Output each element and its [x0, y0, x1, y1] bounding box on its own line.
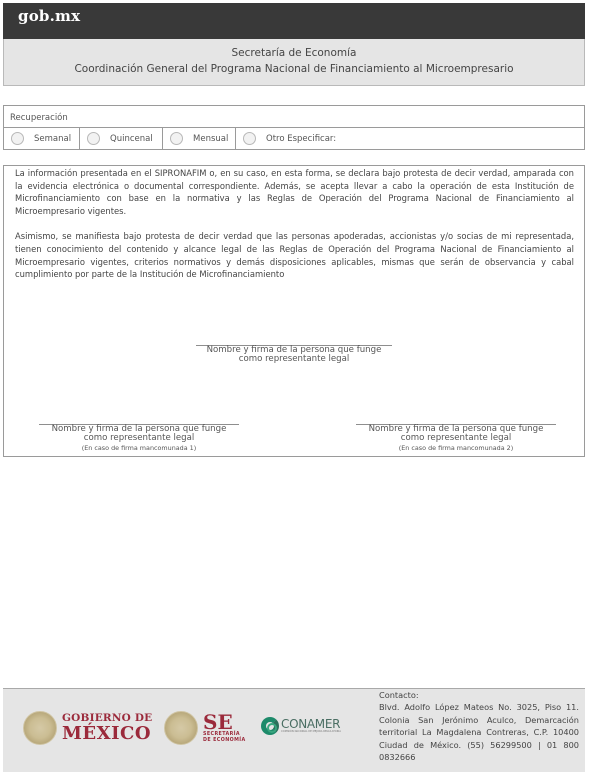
declaration-box: La información presentada en el SIPRONAF…: [3, 165, 585, 457]
recuperacion-title: Recuperación: [4, 106, 584, 128]
conamer-logo: CONAMER COMISIÓN NACIONAL DE MEJORA REGU…: [261, 717, 341, 735]
option-label: Semanal: [34, 134, 71, 144]
radio-otro[interactable]: [243, 132, 256, 145]
declaration-paragraph-1: La información presentada en el SIPRONAF…: [4, 167, 584, 217]
top-bar: gob.mx: [3, 3, 585, 39]
national-seal-icon: [23, 711, 57, 745]
option-label: Otro Especificar:: [266, 134, 336, 144]
national-seal-icon: [164, 711, 198, 745]
option-label: Mensual: [193, 134, 228, 144]
secretaria-economia-logo: SE SECRETARÍA DE ECONOMÍA: [164, 711, 246, 745]
footer: GOBIERNO DE MÉXICO SE SECRETARÍA DE ECON…: [3, 688, 585, 772]
header-secretaria: Secretaría de Economía: [4, 45, 584, 61]
conamer-mark-icon: [261, 717, 279, 735]
signature-mancomunada-1: Nombre y firma de la persona que funge c…: [34, 424, 244, 453]
contact-address: Blvd. Adolfo López Mateos No. 3025, Piso…: [379, 701, 579, 763]
header-coordinacion: Coordinación General del Programa Nacion…: [4, 61, 584, 77]
option-quincenal[interactable]: Quincenal: [80, 128, 163, 149]
se-line3: DE ECONOMÍA: [203, 738, 246, 744]
signature-note: (En caso de firma mancomunada 2): [351, 443, 561, 453]
gob-mx-logo[interactable]: gob.mx: [18, 7, 80, 25]
signature-role: como representante legal: [34, 434, 244, 443]
option-label: Quincenal: [110, 134, 153, 144]
radio-mensual[interactable]: [170, 132, 183, 145]
gobierno-line2: MÉXICO: [62, 724, 152, 744]
declaration-paragraph-2: Asimismo, se manifiesta bajo protesta de…: [4, 230, 584, 280]
option-mensual[interactable]: Mensual: [163, 128, 236, 149]
option-otro[interactable]: Otro Especificar:: [236, 128, 584, 149]
recuperacion-section: Recuperación Semanal Quincenal Mensual O…: [3, 105, 585, 150]
se-acronym: SE: [203, 712, 246, 732]
contact-label: Contacto:: [379, 689, 579, 701]
recuperacion-options: Semanal Quincenal Mensual Otro Especific…: [4, 128, 584, 149]
radio-quincenal[interactable]: [87, 132, 100, 145]
signature-mancomunada-2: Nombre y firma de la persona que funge c…: [351, 424, 561, 453]
option-semanal[interactable]: Semanal: [4, 128, 80, 149]
signature-main: Nombre y firma de la persona que funge c…: [194, 345, 394, 364]
contact-info: Contacto: Blvd. Adolfo López Mateos No. …: [379, 689, 579, 763]
signature-role: como representante legal: [194, 355, 394, 364]
signature-role: como representante legal: [351, 434, 561, 443]
gobierno-de-mexico-logo: GOBIERNO DE MÉXICO: [23, 711, 152, 745]
conamer-subtitle: COMISIÓN NACIONAL DE MEJORA REGULATORIA: [281, 730, 341, 734]
conamer-name: CONAMER: [281, 718, 341, 730]
page-header: Secretaría de Economía Coordinación Gene…: [3, 39, 585, 86]
radio-semanal[interactable]: [11, 132, 24, 145]
signature-note: (En caso de firma mancomunada 1): [34, 443, 244, 453]
